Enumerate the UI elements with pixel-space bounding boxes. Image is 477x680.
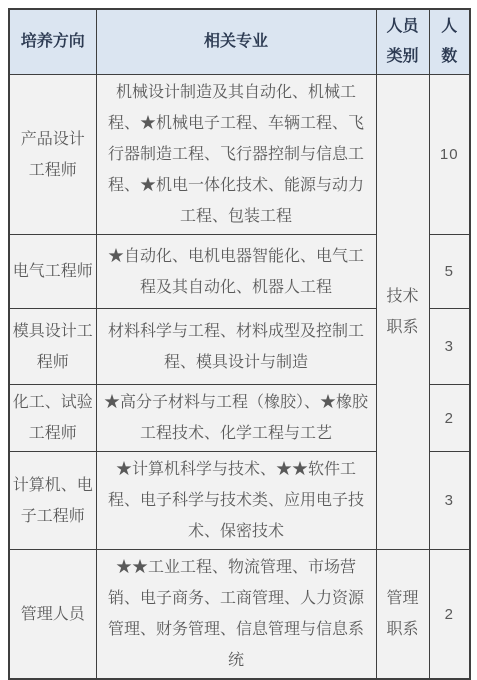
header-count: 人 数	[429, 9, 470, 75]
count-cell: 3	[429, 309, 470, 385]
count-cell: 10	[429, 75, 470, 235]
majors-cell: ★高分子材料与工程（橡胶）、★橡胶工程技术、化学工程与工艺	[96, 385, 376, 452]
majors-cell: 材料科学与工程、材料成型及控制工程、模具设计与制造	[96, 309, 376, 385]
training-directions-table: 培养方向 相关专业 人员 类别 人 数 产品设计 工程师 机械设计制造及其自动化…	[8, 8, 471, 680]
page: 培养方向 相关专业 人员 类别 人 数 产品设计 工程师 机械设计制造及其自动化…	[0, 0, 477, 646]
majors-cell: ★自动化、电机电器智能化、电气工程及其自动化、机器人工程	[96, 235, 376, 309]
majors-cell: 机械设计制造及其自动化、机械工程、★机械电子工程、车辆工程、飞行器制造工程、飞行…	[96, 75, 376, 235]
majors-cell: ★★工业工程、物流管理、市场营销、电子商务、工商管理、人力资源管理、财务管理、信…	[96, 550, 376, 680]
category-cell-management: 管理 职系	[376, 550, 429, 680]
count-cell: 5	[429, 235, 470, 309]
direction-cell: 电气工程师	[9, 235, 96, 309]
header-direction: 培养方向	[9, 9, 96, 75]
table-row: 产品设计 工程师 机械设计制造及其自动化、机械工程、★机械电子工程、车辆工程、飞…	[9, 75, 470, 235]
direction-cell: 计算机、电 子工程师	[9, 452, 96, 550]
table-row: 管理人员 ★★工业工程、物流管理、市场营销、电子商务、工商管理、人力资源管理、财…	[9, 550, 470, 680]
direction-cell: 化工、试验 工程师	[9, 385, 96, 452]
header-majors: 相关专业	[96, 9, 376, 75]
count-cell: 2	[429, 385, 470, 452]
majors-cell: ★计算机科学与技术、★★软件工程、电子科学与技术类、应用电子技术、保密技术	[96, 452, 376, 550]
count-cell: 3	[429, 452, 470, 550]
count-cell: 2	[429, 550, 470, 680]
direction-cell: 模具设计工 程师	[9, 309, 96, 385]
direction-cell: 管理人员	[9, 550, 96, 680]
header-row: 培养方向 相关专业 人员 类别 人 数	[9, 9, 470, 75]
header-category: 人员 类别	[376, 9, 429, 75]
category-cell-technical: 技术 职系	[376, 75, 429, 550]
direction-cell: 产品设计 工程师	[9, 75, 96, 235]
